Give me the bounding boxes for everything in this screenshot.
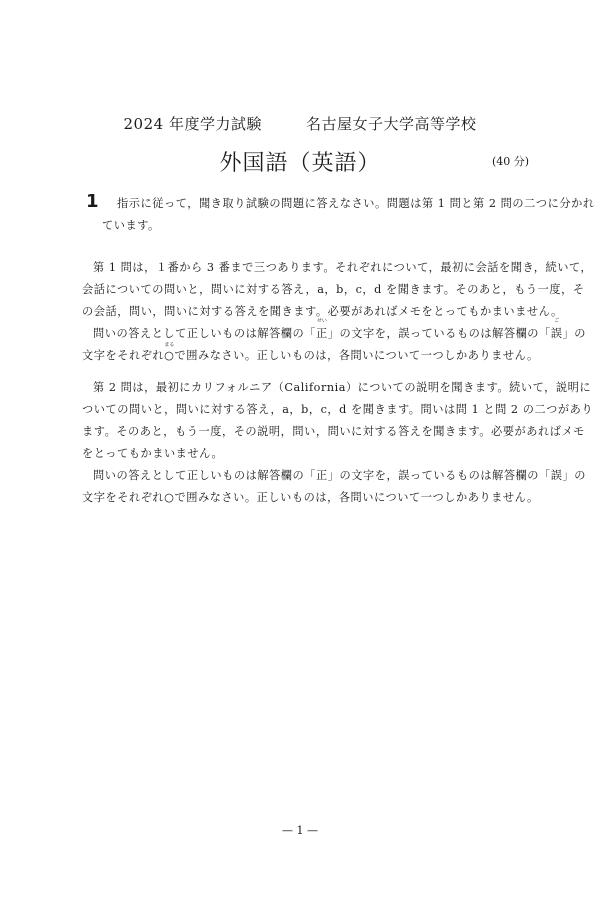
go-char: 誤ご <box>551 325 563 341</box>
go-ruby: ご <box>554 317 559 324</box>
part2-line: ついての問いと，問いに対する答え，a，b，c，d を聞きます。問いは問 1 と問… <box>82 401 593 417</box>
part2-line: 第 2 問は，最初にカリフォルニア（California）についての説明を聞きま… <box>93 379 591 395</box>
time-limit: (40 分) <box>492 153 529 169</box>
part1-line: 会話についての問いと，問いに対する答え，a，b，c，d を聞きます。そのあと，も… <box>82 281 585 297</box>
maru-symbol: ○まる <box>164 349 174 362</box>
part2-answer-instruction-2: 文字をそれぞれ○で囲みなさい。正しいものは，各問いについて一つしかありません。 <box>82 489 539 505</box>
intro-line: ています。 <box>102 217 160 233</box>
part1-answer-instruction-2: 文字をそれぞれ○まるで囲みなさい。正しいものは，各問いについて一つしかありません… <box>82 347 539 363</box>
part2-line: をとってもかまいません。 <box>82 445 223 461</box>
exam-header: 2024 年度学力試験名古屋女子大学高等学校 <box>0 113 600 134</box>
part2-answer-instruction: 問いの答えとして正しいものは解答欄の「正」の文字を，誤っているものは解答欄の「誤… <box>93 467 586 483</box>
maru-ruby: まる <box>164 341 174 348</box>
question-number: 1 <box>86 191 99 212</box>
part1-answer-instruction: 問いの答えとして正しいものは解答欄の「正せい」の文字を，誤っているものは解答欄の… <box>93 325 586 341</box>
part1-line: 第 1 問は，１番から 3 番まで三つあります。それぞれについて，最初に会話を聞… <box>93 259 592 275</box>
page-number: — 1 — <box>0 824 600 837</box>
school-name: 名古屋女子大学高等学校 <box>306 115 477 133</box>
intro-line: 指示に従って，聞き取り試験の問題に答えなさい。問題は第 1 問と第 2 問の二つ… <box>117 195 595 211</box>
sei-char: 正せい <box>316 325 328 341</box>
sei-ruby: せい <box>317 317 327 324</box>
exam-year: 2024 年度学力試験 <box>124 115 262 133</box>
part2-line: ます。そのあと，もう一度，その説明，問い，問いに対する答えを聞きます。必要があれ… <box>82 423 585 439</box>
